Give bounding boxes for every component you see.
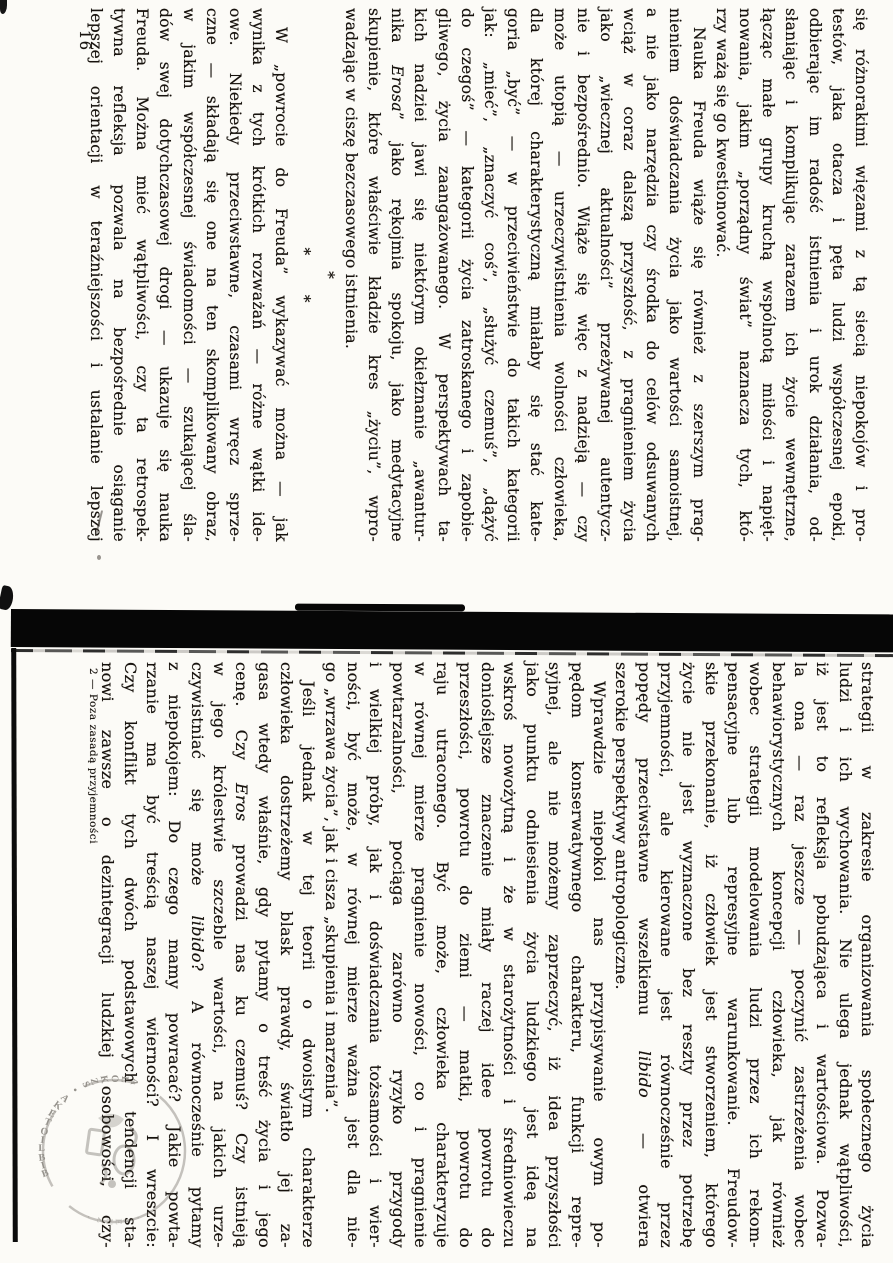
scan-corner-speck (0, 0, 7, 14)
text-line: ludzi i ich wychowania. Nie ulega jednak… (833, 662, 855, 1248)
text-line: kich nadziei jawi się niektórym okiełzna… (408, 8, 431, 542)
text-line: jako „wiecznej aktualności” przeżywanej … (594, 8, 617, 542)
text-line: łącząc małe grupy kruchą wspólnotą miłoś… (756, 8, 779, 542)
text-line: raju utraconego. Być może, człowieka cha… (431, 662, 453, 1248)
stamp-emblem (86, 1114, 136, 1188)
text-line: szerokie perspektywy antropologiczne. (610, 662, 632, 1248)
page-16: się różnorakimi więzami z tą siecią niep… (42, 6, 872, 546)
text-line: jako punktu odniesienia życia ludzkiego … (521, 662, 543, 1248)
text-line: i wielkiej próby, jak i doświadczania to… (364, 662, 386, 1248)
text-line: słaniając i komplikując zarazem ich życi… (779, 8, 802, 542)
text-line: strategii w zakresie organizowania społe… (856, 662, 878, 1248)
scan-ink-blob (0, 585, 15, 611)
printer-signature: 2 — Poza zasadą przyjemności (87, 668, 99, 844)
text-line: W „powrocie do Freuda” wykazywać można —… (269, 8, 292, 542)
text-line: testów, jaka otacza i pęta ludzi współcz… (826, 8, 849, 542)
text-line: człowieka dostrzeżemy blask prawdy, świa… (275, 662, 297, 1248)
text-line: w równej mierze pragnienie nowości, co i… (409, 662, 431, 1248)
text-line: przyjemności, ale kierowane jest równocz… (655, 662, 677, 1248)
text-line: iż jest to refleksja pobudzająca i warto… (811, 662, 833, 1248)
text-line: w jego królestwie szczeble wartości, na … (208, 662, 230, 1248)
text-line: nika Erosa” jako rękojmia spokoju, jako … (385, 8, 408, 542)
gutter-band (11, 609, 893, 652)
text-line: ności, być może, w równej mierze ważna j… (342, 662, 364, 1248)
text-line: a nie jako narzędzia czy środka do celów… (640, 8, 663, 542)
text-line: skie przekonanie, iż człowiek jest stwor… (699, 662, 721, 1248)
text-line: się różnorakimi więzami z tą siecią niep… (849, 8, 872, 542)
text-line: w jakim współczesnej świadomości — szuka… (176, 8, 199, 542)
library-stamp: BIBLIOTEKA • SZKOŁA · ZNEJ · (36, 1072, 194, 1232)
text-line: do czegoś” — kategorii życia zatroskaneg… (455, 8, 478, 542)
page-16-text-column: się różnorakimi więzami z tą siecią niep… (84, 8, 872, 542)
text-line: go „wrzawa życia”, jak i cisza „skupieni… (319, 662, 341, 1248)
separator-row: * * (292, 8, 315, 542)
text-line: gliwego, życia zaangażowanego. W perspek… (431, 8, 454, 542)
text-line: popędy przeciwstawne wszelkiemu libido —… (632, 662, 654, 1248)
stamp-bottom-text: · ZNEJ · (82, 1213, 144, 1228)
page-number-16: 16 (76, 30, 92, 51)
text-line: cenę. Czy Eros prowadzi nas ku czemuś? C… (230, 662, 252, 1248)
text-line: Freuda. Można mieć wątpliwości, czy ta r… (130, 8, 153, 542)
text-line: czne — składają się one na ten skompliko… (200, 8, 223, 542)
text-line: gasa wtedy właśnie, gdy pytamy o treść ż… (252, 662, 274, 1248)
text-line: wadzając w ciszę bezczasowego istnienia. (339, 8, 362, 542)
text-line: przeszłości, powrotu do ziemi — matki, p… (453, 662, 475, 1248)
text-line: dów swej dotychczasowej drogi — ukazuje … (153, 8, 176, 542)
page-17-text-column: strategii w zakresie organizowania społe… (96, 662, 878, 1248)
text-line: owe. Niekiedy przeciwstawne, czasami wrę… (223, 8, 246, 542)
text-line: wskroś nowożytną i że w starożytności i … (498, 662, 520, 1248)
text-line: pędom konserwatywnego charakteru, funkcj… (565, 662, 587, 1248)
text-line: wobec strategii modelowania ludzi przez … (744, 662, 766, 1248)
text-line: behawiorystycznych koncepcji człowieka, … (766, 662, 788, 1248)
scan-fleck (97, 555, 101, 560)
text-line: syjnej, ale nie możemy zaprzeczyć, iż id… (543, 662, 565, 1248)
text-line: donioślejsze znaczenie miały raczej idee… (476, 662, 498, 1248)
text-line: rzy ważą się go kwestionować. (710, 8, 733, 542)
text-line: wciąż w coraz dalszą przyszłość, z pragn… (617, 8, 640, 542)
text-line: wynika z tych krótkich rozważań — różne … (246, 8, 269, 542)
text-line: nowania, jakim „porządny świat” naznacza… (733, 8, 756, 542)
text-line: Nauka Freuda wiąże się również z szerszy… (687, 8, 710, 542)
text-line: jak: „mieć”, „znaczyć coś”, „służyć czem… (478, 8, 501, 542)
separator-row: * (316, 8, 339, 542)
text-line: nieniem doświadczania życia jako wartośc… (663, 8, 686, 542)
text-line: powtarzalności, pociąga zarówno ryzyko p… (386, 662, 408, 1248)
text-line: goria „być” — w przeciwieństwie do takic… (501, 8, 524, 542)
text-line: Jeśli jednak w tej teorii o dwoistym cha… (297, 662, 319, 1248)
text-line: pensacyjne lub represyjne warunkowanie. … (722, 662, 744, 1248)
text-line: dla której charakterystyczną miałaby się… (524, 8, 547, 542)
text-line: tywna refleksja pozwala na bezpośrednie … (107, 8, 130, 542)
text-line: odbierając im radość istnienia i urok dz… (802, 8, 825, 542)
text-line: życie nie jest wyznaczone bez reszty prz… (677, 662, 699, 1248)
stamp-ring-text: BIBLIOTEKA • SZKOŁA (38, 1075, 140, 1180)
text-line: la ona — raz jeszcze — poczynić zastrzeż… (789, 662, 811, 1248)
text-line: Wprawdzie niepokoi nas przypisywanie owy… (588, 662, 610, 1248)
text-line: lepszej orientacji w teraźniejszości i u… (84, 8, 107, 542)
text-line: skupienie, które właściwie kładzie kres … (362, 8, 385, 542)
text-line: może utopią — urzeczywistnienia wolności… (547, 8, 570, 542)
book-scan: { "colors": { "paper": "#fcfbf7", "ink":… (0, 0, 893, 1263)
text-line: nie i bezpośrednio. Wiąże się więc z nad… (571, 8, 594, 542)
